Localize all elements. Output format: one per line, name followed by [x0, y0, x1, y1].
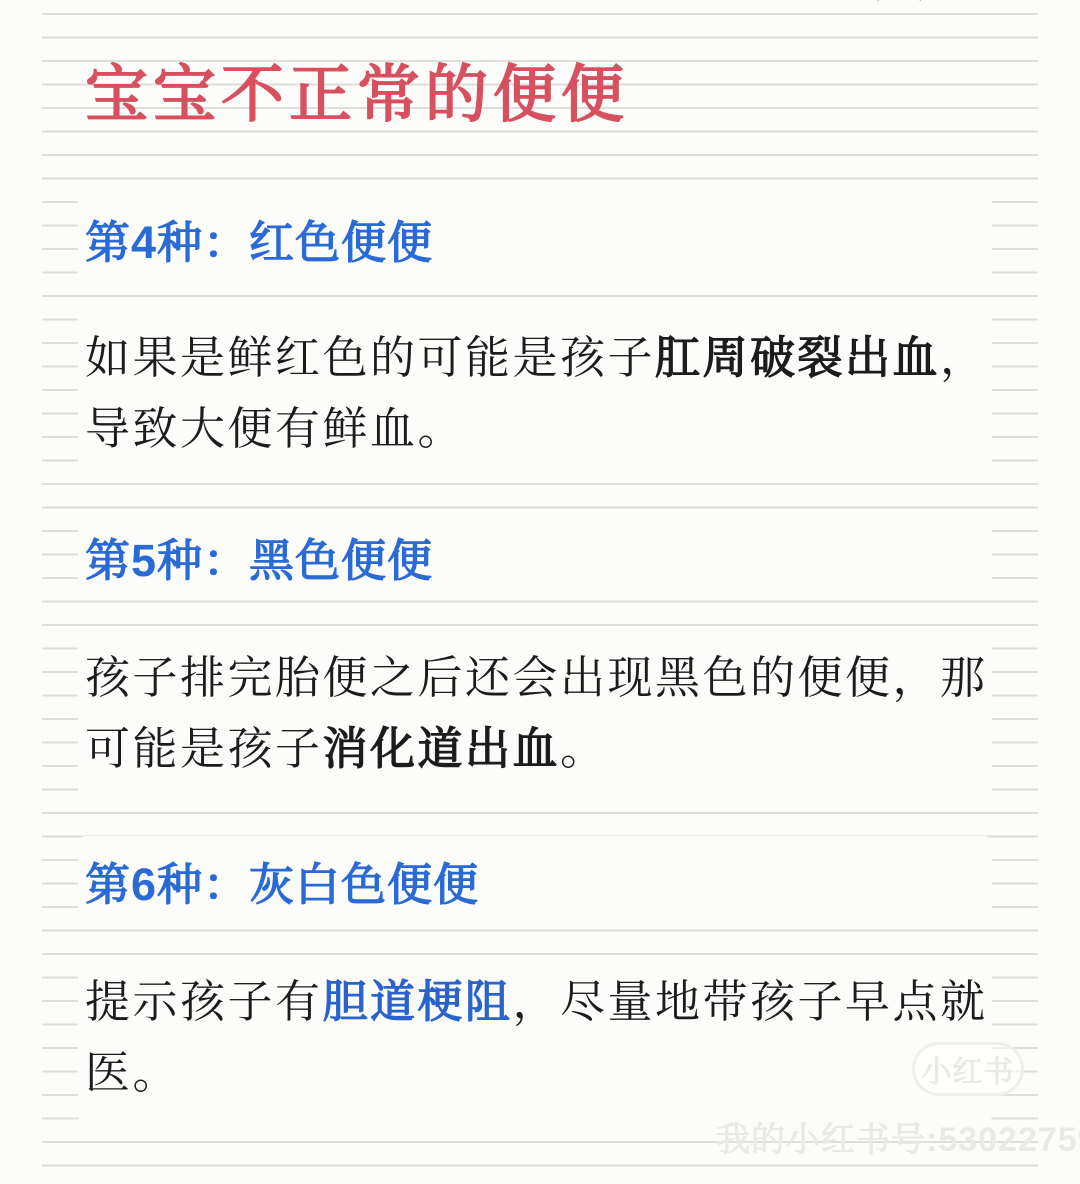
section-heading-box: 第5种：黑色便便: [78, 512, 992, 600]
paragraph-text: 提示孩子有: [85, 976, 323, 1027]
note-page: ★ 宝宝不正常的便便 第4种：红色便便 如果是鲜红色的可能是孩子肛周破裂出血，导…: [0, 0, 1080, 1184]
paragraph-text: 。: [560, 723, 608, 774]
section-heading-box: 第4种：红色便便: [78, 194, 992, 282]
section-heading: 第5种：黑色便便: [78, 524, 433, 589]
section-paragraph-box: 提示孩子有胆道梗阻，尽量地带孩子早点就医。: [78, 956, 992, 1124]
section-paragraph: 孩子排完胎便之后还会出现黑色的便便，那可能是孩子消化道出血。: [85, 642, 992, 784]
section-paragraph: 提示孩子有胆道梗阻，尽量地带孩子早点就医。: [85, 966, 992, 1108]
paragraph-emphasis: 肛周破裂出血: [655, 332, 940, 383]
xiaohongshu-account-watermark: 我的小红书号:530227590: [716, 1112, 1080, 1161]
xiaohongshu-watermark-badge: 小红书: [912, 1042, 1024, 1096]
paragraph-emphasis-blue: 胆道梗阻: [323, 976, 513, 1027]
section-heading-box: 第6种：灰白色便便: [78, 836, 992, 924]
section-heading: 第4种：红色便便: [78, 206, 433, 271]
section-paragraph-box: 孩子排完胎便之后还会出现黑色的便便，那可能是孩子消化道出血。: [78, 632, 992, 798]
paragraph-text: 如果是鲜红色的可能是孩子: [85, 332, 655, 383]
section-heading: 第6种：灰白色便便: [78, 848, 479, 913]
page-title: 宝宝不正常的便便: [85, 44, 629, 135]
section-paragraph-box: 如果是鲜红色的可能是孩子肛周破裂出血，导致大便有鲜血。: [78, 312, 992, 478]
star-icon: ★: [858, 0, 940, 16]
section-paragraph: 如果是鲜红色的可能是孩子肛周破裂出血，导致大便有鲜血。: [85, 322, 992, 464]
paragraph-emphasis: 消化道出血: [323, 723, 561, 774]
